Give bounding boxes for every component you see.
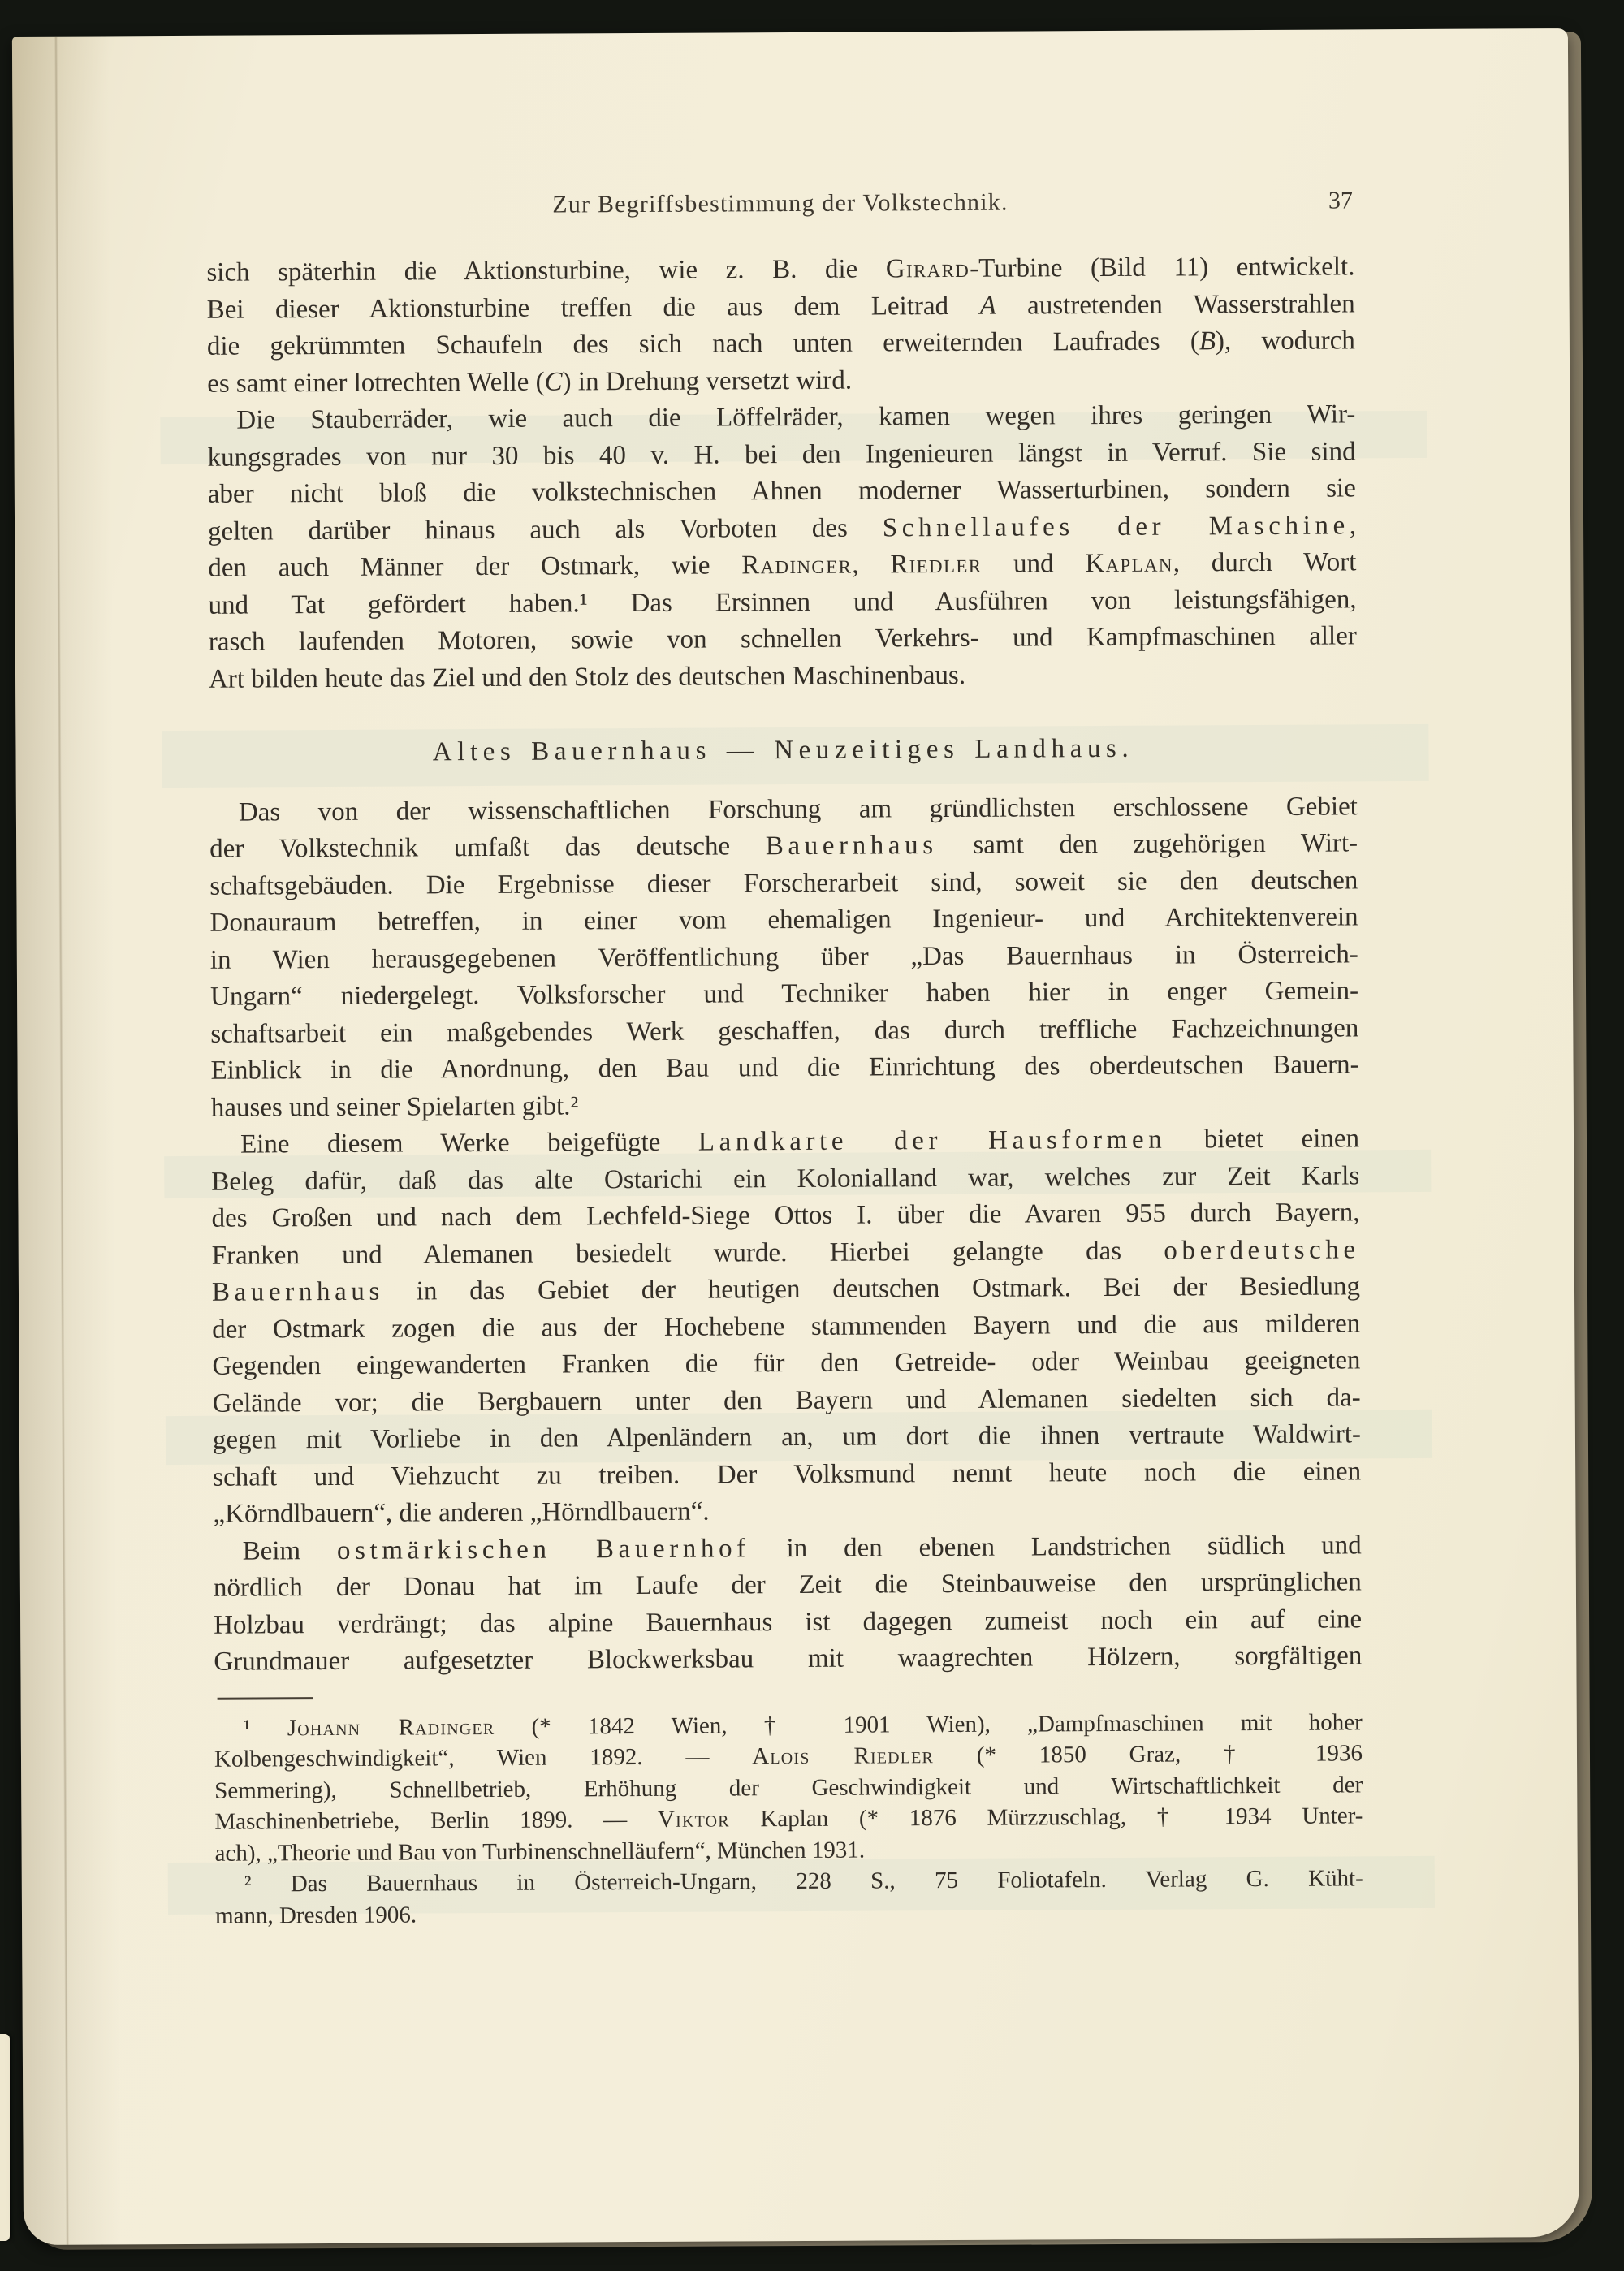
text-column: sich späterhin die Aktionsturbine, wie z… (206, 248, 1363, 1931)
text-line: der Ostmark zogen die aus der Hochebene … (212, 1306, 1360, 1349)
running-header-title: Zur Begriffsbestimmung der Volkstechnik. (206, 187, 1354, 220)
text-segment: Kolbengeschwindigkeit“, Wien 1892. — (214, 1743, 752, 1772)
text-segment: Das von der wissenschaftlichen Forschung… (239, 792, 1358, 827)
text-line: Bauernhaus in das Gebiet der heutigen de… (212, 1268, 1360, 1311)
text-segment: schaftsarbeit ein maßgebendes Werk gesch… (210, 1013, 1358, 1048)
text-segment: Girard (886, 254, 970, 284)
text-segment: Grundmauer aufgesetzter Blockwerksbau mi… (214, 1641, 1362, 1676)
text-segment: Beleg dafür, daß das alte Ostarichi ein … (211, 1161, 1359, 1196)
text-segment: „Körndlbauern“, die anderen „Hörndlbauer… (213, 1497, 709, 1529)
text-segment: oberdeutsche (1164, 1235, 1360, 1265)
text-line: Gegenden eingewanderten Franken die für … (212, 1342, 1360, 1385)
text-line: Maschinenbetriebe, Berlin 1899. — Viktor… (214, 1800, 1363, 1837)
text-line: Art bilden heute das Ziel und den Stolz … (209, 655, 1357, 698)
text-segment: Viktor (658, 1806, 730, 1832)
text-line: des Großen und nach dem Lechfeld-Siege O… (211, 1194, 1359, 1237)
text-segment: der Volkstechnik umfaßt das deutsche (209, 831, 766, 864)
text-line: „Körndlbauern“, die anderen „Hörndlbauer… (213, 1490, 1361, 1533)
text-segment: in den ebenen Landstrichen südlich und (750, 1531, 1362, 1563)
text-line: schaft und Viehzucht zu treiben. Der Vol… (213, 1453, 1361, 1496)
text-line: Beim ostmärkischen Bauernhof in den eben… (214, 1527, 1362, 1570)
text-line: es samt einer lotrechten Welle (C) in Dr… (207, 360, 1355, 403)
text-segment: bietet einen (1166, 1124, 1359, 1154)
text-segment: A (979, 291, 996, 320)
footnote: ² Das Bauernhaus in Österreich-Ungarn, 2… (215, 1863, 1363, 1931)
paragraph: sich späterhin die Aktionsturbine, wie z… (206, 248, 1355, 402)
text-line: Donauraum betreffen, in einer vom ehemal… (209, 899, 1358, 942)
text-segment: Einblick in die Anordnung, den Bau und d… (210, 1050, 1358, 1085)
footnote-rule (218, 1697, 313, 1700)
footnote: ¹ Johann Radinger (* 1842 Wien, † 1901 W… (214, 1707, 1363, 1869)
text-segment: (* 1842 Wien, † 1901 Wien), „Dampfmaschi… (495, 1709, 1363, 1740)
text-segment: und Tat gefördert haben.¹ Das Ersinnen u… (208, 585, 1356, 620)
text-segment: in Wien herausgegebenen Veröffentlichung… (210, 939, 1358, 974)
text-segment: aber nicht bloß die volkstechnischen Ahn… (208, 473, 1356, 508)
section-heading: Altes Bauernhaus — Neuzeitiges Landhaus. (209, 729, 1357, 772)
text-line: Einblick in die Anordnung, den Bau und d… (210, 1047, 1358, 1090)
text-segment: , (852, 550, 890, 579)
text-line: Das von der wissenschaftlichen Forschung… (209, 788, 1358, 831)
text-segment: ¹ (244, 1715, 287, 1741)
text-segment: Gelände vor; die Bergbauern unter den Ba… (213, 1383, 1361, 1418)
text-segment: die gekrümmten Schaufeln des sich nach u… (207, 326, 1199, 361)
text-segment: rasch laufenden Motoren, sowie von schne… (209, 621, 1357, 656)
text-line: und Tat gefördert haben.¹ Das Ersinnen u… (208, 581, 1356, 624)
text-segment: Riedler (890, 550, 982, 580)
paragraph: Beim ostmärkischen Bauernhof in den eben… (214, 1527, 1363, 1681)
paragraph: Eine diesem Werke beigefügte Landkarte d… (211, 1120, 1362, 1533)
text-segment: Bei dieser Aktionsturbine treffen die au… (207, 291, 980, 324)
text-segment: der Ostmark zogen die aus der Hochebene … (212, 1309, 1360, 1344)
text-segment: Landkarte der Hausformen (698, 1125, 1167, 1157)
text-line: hauses und seiner Spielarten gibt.² (211, 1084, 1359, 1127)
text-segment: Beim (243, 1535, 338, 1565)
text-segment: Donauraum betreffen, in einer vom ehemal… (210, 902, 1358, 937)
paragraph: Die Stauberräder, wie auch die Löffelräd… (207, 396, 1357, 697)
text-segment: ) in Drehung versetzt wird. (563, 365, 853, 396)
text-line: der Volkstechnik umfaßt das deutsche Bau… (209, 825, 1358, 868)
text-segment: gegen mit Vorliebe in den Alpenländern a… (213, 1419, 1361, 1454)
book-page: Zur Begriffsbestimmung der Volkstechnik.… (12, 28, 1579, 2245)
text-line: schaftsarbeit ein maßgebendes Werk gesch… (210, 1010, 1358, 1053)
text-line: in Wien herausgegebenen Veröffentlichung… (210, 936, 1358, 979)
text-line: ² Das Bauernhaus in Österreich-Ungarn, 2… (215, 1863, 1363, 1900)
text-line: gelten darüber hinaus auch als Vorboten … (208, 507, 1356, 550)
text-line: Eine diesem Werke beigefügte Landkarte d… (211, 1120, 1359, 1164)
running-header: Zur Begriffsbestimmung der Volkstechnik.… (206, 187, 1354, 227)
text-segment: in das Gebiet der heutigen deutschen Ost… (384, 1272, 1360, 1306)
text-segment: Ungarn“ niedergelegt. Volksforscher und … (210, 976, 1358, 1011)
text-line: nördlich der Donau hat im Laufe der Zeit… (214, 1564, 1362, 1607)
text-line: Bei dieser Aktionsturbine treffen die au… (207, 286, 1355, 329)
text-segment: Franken und Alemanen besiedelt wurde. Hi… (212, 1236, 1164, 1270)
text-line: sich späterhin die Aktionsturbine, wie z… (206, 248, 1354, 291)
text-segment: Bauernhaus (212, 1277, 384, 1307)
text-line: Holzbau verdrängt; das alpine Bauernhaus… (214, 1601, 1362, 1644)
text-segment: samt den zugehörigen Wirt- (938, 828, 1358, 860)
text-segment: Alois Riedler (752, 1742, 934, 1769)
text-segment: Art bilden heute das Ziel und den Stolz … (209, 660, 965, 693)
text-segment: , (1350, 511, 1356, 540)
text-segment: -Turbine (Bild 11) entwickelt. (970, 252, 1354, 283)
text-line: schaftsgebäuden. Die Ergebnisse dieser F… (209, 862, 1358, 905)
adjacent-page-sliver (0, 2034, 10, 2241)
text-line: aber nicht bloß die volkstechnischen Ahn… (208, 470, 1356, 513)
text-segment: mann, Dresden 1906. (215, 1902, 417, 1928)
text-segment: Eine diesem Werke beigefügte (240, 1128, 698, 1159)
text-segment: B (1199, 326, 1216, 356)
text-line: Kolbengeschwindigkeit“, Wien 1892. — Alo… (214, 1738, 1363, 1775)
text-segment: des Großen und nach dem Lechfeld-Siege O… (211, 1198, 1359, 1233)
text-line: Die Stauberräder, wie auch die Löffelräd… (207, 396, 1355, 439)
text-segment: Schnellaufes der Maschine (883, 511, 1350, 542)
text-segment: sich späterhin die Aktionsturbine, wie z… (206, 254, 886, 287)
text-segment: austretenden Wasserstrahlen (996, 289, 1355, 320)
text-segment: Altes Bauernhaus — Neuzeitiges Landhaus. (433, 734, 1134, 767)
paragraph: Das von der wissenschaftlichen Forschung… (209, 788, 1359, 1127)
text-segment: C (545, 367, 563, 396)
text-line: kungsgrades von nur 30 bis 40 v. H. bei … (207, 434, 1355, 477)
text-segment: ), wodurch (1216, 326, 1355, 356)
text-segment: den auch Männer der Ostmark, wie (208, 550, 741, 582)
text-segment: Die Stauberräder, wie auch die Löffelräd… (236, 399, 1355, 434)
text-segment: und (982, 549, 1085, 579)
text-line: Beleg dafür, daß das alte Ostarichi ein … (211, 1158, 1359, 1201)
text-segment: Maschinenbetriebe, Berlin 1899. — (214, 1807, 658, 1835)
text-segment: hauses und seiner Spielarten gibt.² (211, 1091, 579, 1122)
text-line: den auch Männer der Ostmark, wie Radinge… (208, 544, 1356, 587)
text-segment: Semmering), Schnellbetrieb, Erhöhung der… (214, 1772, 1363, 1803)
page-number: 37 (1328, 187, 1353, 214)
text-line: Ungarn“ niedergelegt. Volksforscher und … (210, 973, 1358, 1016)
text-line: die gekrümmten Schaufeln des sich nach u… (207, 322, 1355, 365)
text-line: Altes Bauernhaus — Neuzeitiges Landhaus. (209, 729, 1357, 772)
text-line: mann, Dresden 1906. (215, 1894, 1363, 1932)
text-line: Franken und Alemanen besiedelt wurde. Hi… (212, 1232, 1360, 1275)
text-line: rasch laufenden Motoren, sowie von schne… (209, 618, 1357, 661)
text-segment: (* 1850 Graz, † 1936 (934, 1740, 1363, 1768)
text-segment: Kaplan (1085, 549, 1173, 579)
text-segment: Kaplan (* 1876 Mürzzuschlag, † 1934 Unte… (730, 1803, 1363, 1832)
text-segment: Bauernhaus (766, 831, 938, 861)
text-segment: ach), „Theorie und Bau von Turbinenschne… (215, 1837, 866, 1866)
text-segment: kungsgrades von nur 30 bis 40 v. H. bei … (208, 437, 1356, 472)
text-segment: gelten darüber hinaus auch als Vorboten … (208, 513, 883, 546)
text-segment: Gegenden eingewanderten Franken die für … (212, 1345, 1360, 1380)
text-segment: Holzbau verdrängt; das alpine Bauernhaus… (214, 1604, 1362, 1639)
text-segment: nördlich der Donau hat im Laufe der Zeit… (214, 1567, 1362, 1602)
text-segment: schaftsgebäuden. Die Ergebnisse dieser F… (209, 866, 1358, 900)
text-line: Grundmauer aufgesetzter Blockwerksbau mi… (214, 1638, 1362, 1681)
text-segment: , durch Wort (1173, 547, 1357, 577)
scanned-book-photo: { "colors": { "paper": "#f3edd8", "ink":… (0, 0, 1624, 2271)
text-segment: schaft und Viehzucht zu treiben. Der Vol… (213, 1457, 1361, 1492)
text-segment: ² Das Bauernhaus in Österreich-Ungarn, 2… (244, 1865, 1363, 1897)
text-segment: ostmärkischen Bauernhof (337, 1534, 750, 1565)
text-segment: Radinger (741, 550, 852, 581)
text-segment: Johann Radinger (287, 1713, 495, 1740)
text-line: gegen mit Vorliebe in den Alpenländern a… (213, 1416, 1361, 1459)
text-segment: es samt einer lotrechten Welle ( (207, 367, 545, 398)
text-line: Gelände vor; die Bergbauern unter den Ba… (213, 1379, 1361, 1423)
